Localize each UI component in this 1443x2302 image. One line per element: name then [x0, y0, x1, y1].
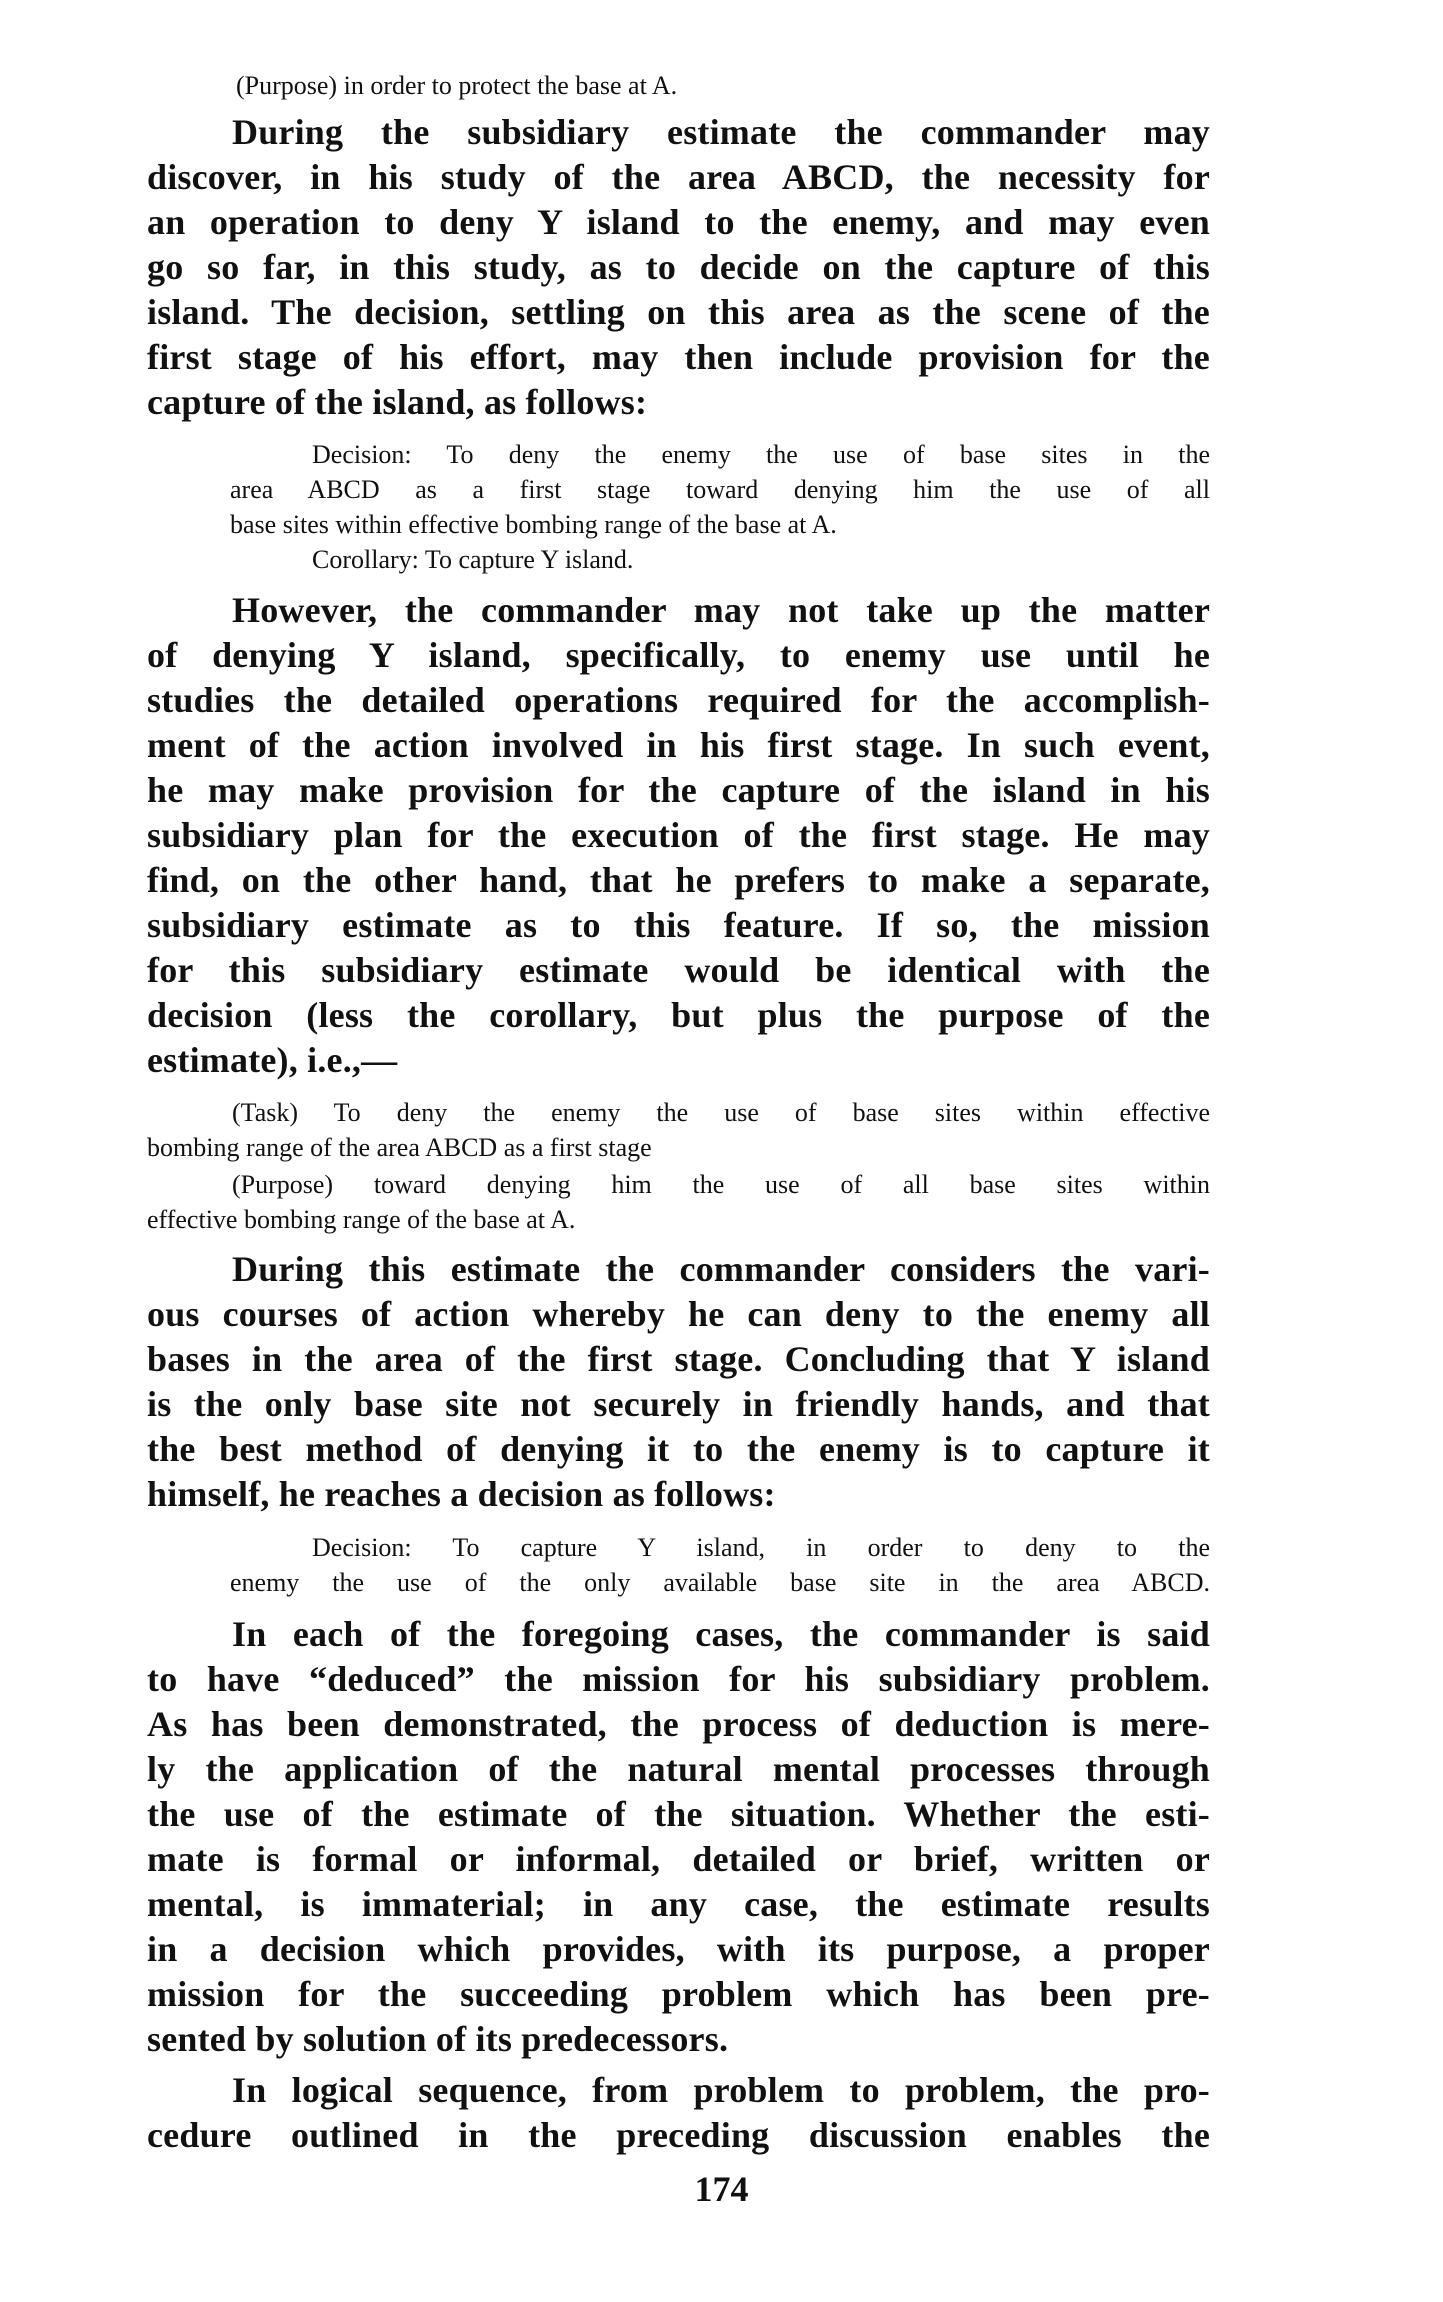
decision-block-line: base sites within effective bombing rang… — [230, 507, 1210, 542]
paragraph-line: studies the detailed operations required… — [147, 678, 1210, 723]
paragraph-line: However, the commander may not take up t… — [232, 588, 1210, 633]
page-number: 174 — [0, 2168, 1443, 2210]
paragraph-line: find, on the other hand, that he prefers… — [147, 858, 1210, 903]
paragraph-line: bases in the area of the first stage. Co… — [147, 1337, 1210, 1382]
paragraph-line: in a decision which provides, with its p… — [147, 1927, 1210, 1972]
paragraph-line: first stage of his effort, may then incl… — [147, 335, 1210, 380]
corollary-line: Corollary: To capture Y island. — [312, 542, 1210, 577]
paragraph-line: cedure outlined in the preceding discuss… — [147, 2113, 1210, 2158]
paragraph-line: decision (less the corollary, but plus t… — [147, 993, 1210, 1038]
paragraph-line: mate is formal or informal, detailed or … — [147, 1837, 1210, 1882]
decision-block-line: enemy the use of the only available base… — [230, 1565, 1210, 1600]
task-line: bombing range of the area ABCD as a firs… — [147, 1130, 1210, 1165]
paragraph-line: is the only base site not securely in fr… — [147, 1382, 1210, 1427]
paragraph-line: island. The decision, settling on this a… — [147, 290, 1210, 335]
paragraph-line: the use of the estimate of the situation… — [147, 1792, 1210, 1837]
paragraph-line: discover, in his study of the area ABCD,… — [147, 155, 1210, 200]
paragraph-line: for this subsidiary estimate would be id… — [147, 948, 1210, 993]
paragraph-line: mental, is immaterial; in any case, the … — [147, 1882, 1210, 1927]
decision-block-line: Decision: To capture Y island, in order … — [312, 1530, 1210, 1565]
book-page: (Purpose) in order to protect the base a… — [0, 0, 1443, 2302]
paragraph-line: go so far, in this study, as to decide o… — [147, 245, 1210, 290]
paragraph-line: an operation to deny Y island to the ene… — [147, 200, 1210, 245]
paragraph-line: ly the application of the natural mental… — [147, 1747, 1210, 1792]
paragraph-line: he may make provision for the capture of… — [147, 768, 1210, 813]
paragraph-line: himself, he reaches a decision as follow… — [147, 1472, 1210, 1517]
paragraph-line: subsidiary plan for the execution of the… — [147, 813, 1210, 858]
paragraph-line: ment of the action involved in his first… — [147, 723, 1210, 768]
purpose-statement: (Purpose) in order to protect the base a… — [236, 68, 1136, 103]
paragraph-line: As has been demonstrated, the process of… — [147, 1702, 1210, 1747]
paragraph-line: mission for the succeeding problem which… — [147, 1972, 1210, 2017]
paragraph-line: sented by solution of its predecessors. — [147, 2017, 1210, 2062]
paragraph-line: the best method of denying it to the ene… — [147, 1427, 1210, 1472]
decision-block-line: area ABCD as a first stage toward denyin… — [230, 472, 1210, 507]
paragraph-line: During the subsidiary estimate the comma… — [232, 110, 1210, 155]
paragraph-line: capture of the island, as follows: — [147, 380, 1210, 425]
paragraph-line: to have “deduced” the mission for his su… — [147, 1657, 1210, 1702]
paragraph-line: estimate), i.e.,— — [147, 1038, 1210, 1083]
decision-block-line: Decision: To deny the enemy the use of b… — [312, 437, 1210, 472]
paragraph-line: subsidiary estimate as to this feature. … — [147, 903, 1210, 948]
paragraph-line: of denying Y island, specifically, to en… — [147, 633, 1210, 678]
task-line: (Task) To deny the enemy the use of base… — [232, 1095, 1210, 1130]
purpose-line: (Purpose) toward denying him the use of … — [232, 1167, 1210, 1202]
paragraph-line: In logical sequence, from problem to pro… — [232, 2068, 1210, 2113]
paragraph-line: In each of the foregoing cases, the comm… — [232, 1612, 1210, 1657]
paragraph-line: During this estimate the commander consi… — [232, 1247, 1210, 1292]
paragraph-line: ous courses of action whereby he can den… — [147, 1292, 1210, 1337]
purpose-line: effective bombing range of the base at A… — [147, 1202, 1210, 1237]
